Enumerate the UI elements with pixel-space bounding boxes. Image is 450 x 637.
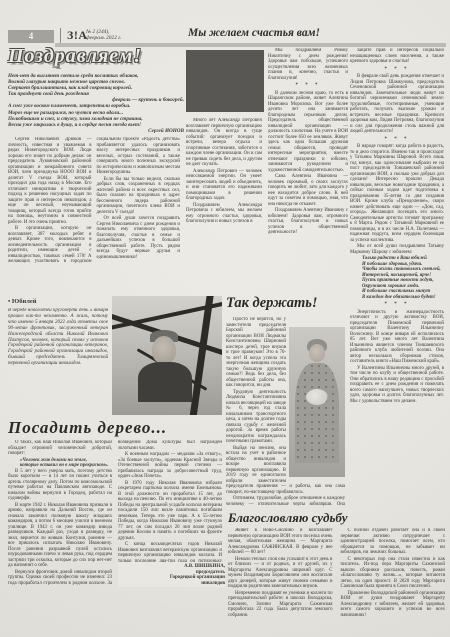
tree-article-headline: Посадить дерево...	[8, 418, 222, 438]
woman-floral-dress	[295, 363, 339, 463]
paragraph: В 5 лет у него умерла мать, поэтому детс…	[8, 469, 112, 502]
verse-line: Чтобы жизнь становилась светлей,	[362, 267, 444, 273]
paragraph: От всей души хочется поздравить Сергея Н…	[97, 216, 181, 260]
jubilee-section-label: • Юбилей	[8, 298, 37, 305]
column-right-greetings: защите прав и интересов социально незащи…	[350, 48, 444, 507]
paragraph: С полной отдачей работает она и в своей …	[341, 528, 446, 556]
jubilee-intro: В череде новогодней круговерти день 5 ян…	[8, 308, 108, 414]
column-alexandr: Много лет Александр Петрович возглавляет…	[186, 118, 262, 294]
tak-derzhat-article: Просто не верится, но у заместителя пред…	[226, 317, 345, 507]
tree-trunk	[189, 296, 214, 415]
woman-face	[309, 344, 325, 362]
verse-line: которые оставил он в мире прекрасном».	[20, 463, 112, 469]
paragraph: Немало теплых слов она услышит в этот де…	[228, 557, 333, 590]
page-number: 4	[29, 31, 34, 41]
paragraph: Оптимизм, трудолюбие, доброе отношение к…	[226, 496, 345, 507]
blagoslovlyu-article: Живет в Ново-Смолино и возглавляет перви…	[228, 528, 445, 629]
paragraph: С некоторых пор она стала известна и как…	[341, 557, 446, 590]
paragraph: Мы от всей души поздравляем Татьяну Марк…	[350, 244, 444, 255]
article-dryukov: Сергей Николаевич Дрюков — личность, изв…	[8, 137, 180, 294]
page-number-box: 4	[8, 30, 54, 43]
paragraph: В 1970 году Николая Ивановича избрали се…	[118, 481, 222, 542]
newspaper-page: 4 З!А № 2 (244), февраль 2022 г. Мы жела…	[0, 0, 450, 637]
paragraph: защите прав и интересов социально незащи…	[350, 48, 444, 65]
veteran-with-tree-photo	[112, 296, 222, 415]
paragraph: У Валентины Ильиничны много друзей, в то…	[350, 366, 444, 405]
paragraph: Живет в Ново-Смолино и возглавляет перви…	[228, 528, 333, 556]
stars-line: * * *	[350, 302, 444, 308]
paragraph: Сама Алевтина Ивановна — человек скромны…	[268, 174, 348, 207]
issue-date: февраль 2022 г.	[86, 35, 122, 41]
paragraph: Поздравляем Александра Петровича с юбиле…	[186, 203, 262, 225]
paragraph: В народе говорят: когда работа в радость…	[350, 144, 444, 243]
paragraph: Правление Володарской районной организац…	[341, 591, 446, 619]
paragraph: Энергичность и жизнерадостность отличают…	[350, 310, 444, 365]
paragraph: О таких, как наш Николай Иванович, котор…	[8, 440, 112, 457]
birthday-poem: Нет-нет да выглянет светило среди космат…	[8, 73, 184, 134]
paragraph: Поздравляем Алевтину Ивановну с юбилеем!…	[268, 208, 348, 236]
woman-bouquet	[306, 389, 328, 405]
paragraph: В далеком лесном краю, то есть в Шарангс…	[268, 91, 348, 174]
newspaper-logo: З!А	[60, 28, 88, 43]
newspaper-slogan: Мы желаем счастья вам!	[188, 27, 320, 39]
greetings-headline: Поздравляем!	[8, 45, 186, 68]
tak-derzhat-headline: Так держать!	[226, 295, 348, 312]
verse-line: Пусть приятные новости ждут,	[362, 278, 444, 284]
paragraph: Много лет Александр Петрович возглавляет…	[186, 118, 262, 168]
stars-line: * * *	[350, 67, 444, 73]
paragraph: Если бы вы только видели, сколько добрых…	[97, 177, 181, 216]
paragraph: В марте 1942 г. Николая Ивановича призва…	[8, 503, 112, 569]
paragraph: Сергей Николаевич Дрюков — личность, изв…	[8, 137, 92, 225]
veteran-face	[152, 336, 176, 364]
verse-line: В каждом дне обязательно будет!	[362, 295, 444, 301]
white-flowers-photo	[186, 50, 264, 112]
paragraph: Непременно поздравят ее ученики и коллег…	[228, 591, 333, 619]
stars-line: * * *	[350, 137, 444, 143]
tree-article-signature: А.В. ШИШКИНА,председательГородецкой орга…	[118, 562, 225, 587]
paragraph: В феврале свой день рождения отмечает и …	[350, 74, 444, 135]
sigline-line: Сергей ИОНОВ	[8, 128, 184, 134]
paragraph: К военным наградам — медалям «За отвагу»…	[118, 452, 222, 480]
paragraph: Александр Петрович — человек неиссякаемо…	[186, 169, 262, 202]
issue-info: № 2 (244), февраль 2022 г.	[86, 29, 122, 42]
jubilee-woman-photo	[289, 327, 345, 477]
sigline-line: инвалидов	[121, 581, 225, 587]
veteran-torso	[138, 362, 192, 402]
column-alevtina: Мы поздравляем Римму Никитичну с днем ро…	[268, 48, 348, 294]
blagoslovlyu-headline: Благословляю судьбу	[228, 510, 446, 526]
stars-line: * * *	[268, 83, 348, 89]
paragraph: Мы поздравляем Римму Никитичну с днем ро…	[268, 48, 348, 81]
